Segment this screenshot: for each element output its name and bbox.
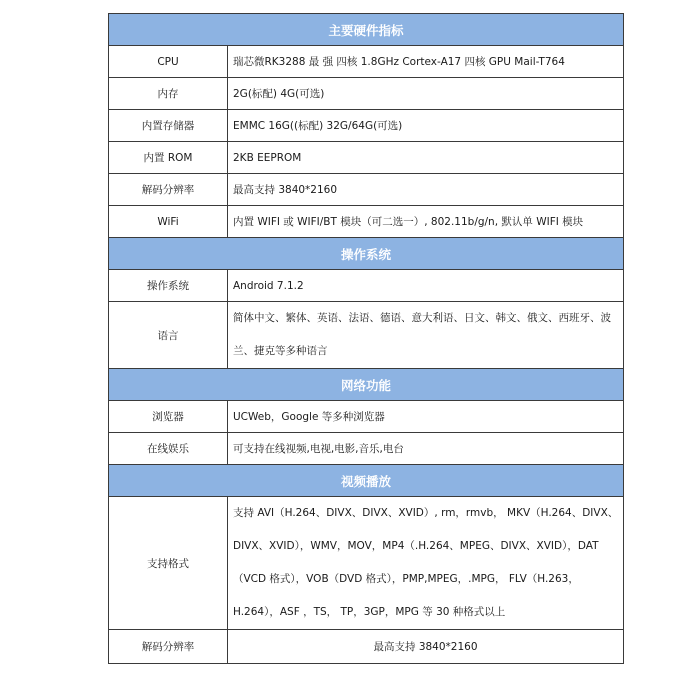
row-value-memory: 2G(标配) 4G(可选) [228,78,624,110]
section-header-network: 网络功能 [109,369,624,401]
row-label-browser: 浏览器 [109,401,228,433]
section-header-hardware: 主要硬件指标 [109,14,624,46]
row-value-video-decode-resolution: 最高支持 3840*2160 [228,630,624,664]
row-value-decode-resolution: 最高支持 3840*2160 [228,174,624,206]
table-row: 操作系统 Android 7.1.2 [109,270,624,302]
table-row: 支持格式 支持 AVI（H.264、DIVX、DIVX、XVID）, rm，rm… [109,497,624,630]
row-label-language: 语言 [109,302,228,369]
table-row: 浏览器 UCWeb，Google 等多种浏览器 [109,401,624,433]
section-header-video: 视频播放 [109,465,624,497]
row-label-storage: 内置存储器 [109,110,228,142]
row-value-wifi: 内置 WIFI 或 WIFI/BT 模块（可二选一）, 802.11b/g/n,… [228,206,624,238]
row-label-os: 操作系统 [109,270,228,302]
row-label-memory: 内存 [109,78,228,110]
table-row: WiFi 内置 WIFI 或 WIFI/BT 模块（可二选一）, 802.11b… [109,206,624,238]
row-label-wifi: WiFi [109,206,228,238]
row-label-rom: 内置 ROM [109,142,228,174]
row-value-cpu: 瑞芯微RK3288 最 强 四核 1.8GHz Cortex-A17 四核 GP… [228,46,624,78]
row-label-video-decode-resolution: 解码分辨率 [109,630,228,664]
section-title: 视频播放 [109,465,624,497]
row-value-os: Android 7.1.2 [228,270,624,302]
row-value-online-entertainment: 可支持在线视频,电视,电影,音乐,电台 [228,433,624,465]
row-label-decode-resolution: 解码分辨率 [109,174,228,206]
row-value-storage: EMMC 16G((标配) 32G/64G(可选) [228,110,624,142]
section-title: 主要硬件指标 [109,14,624,46]
table-row: 在线娱乐 可支持在线视频,电视,电影,音乐,电台 [109,433,624,465]
table-row: 语言 简体中文、繁体、英语、法语、德语、意大利语、日文、韩文、俄文、西班牙、波兰… [109,302,624,369]
section-title: 网络功能 [109,369,624,401]
table-row: 内存 2G(标配) 4G(可选) [109,78,624,110]
row-value-rom: 2KB EEPROM [228,142,624,174]
section-header-os: 操作系统 [109,238,624,270]
table-row: 内置 ROM 2KB EEPROM [109,142,624,174]
row-label-cpu: CPU [109,46,228,78]
table-row: 内置存储器 EMMC 16G((标配) 32G/64G(可选) [109,110,624,142]
spec-table: 主要硬件指标 CPU 瑞芯微RK3288 最 强 四核 1.8GHz Corte… [108,13,624,664]
row-label-online-entertainment: 在线娱乐 [109,433,228,465]
row-value-formats: 支持 AVI（H.264、DIVX、DIVX、XVID）, rm，rmvb， M… [228,497,624,630]
table-row: CPU 瑞芯微RK3288 最 强 四核 1.8GHz Cortex-A17 四… [109,46,624,78]
table-row: 解码分辨率 最高支持 3840*2160 [109,630,624,664]
table-row: 解码分辨率 最高支持 3840*2160 [109,174,624,206]
row-value-browser: UCWeb，Google 等多种浏览器 [228,401,624,433]
row-label-formats: 支持格式 [109,497,228,630]
section-title: 操作系统 [109,238,624,270]
row-value-language: 简体中文、繁体、英语、法语、德语、意大利语、日文、韩文、俄文、西班牙、波兰、捷克… [228,302,624,369]
